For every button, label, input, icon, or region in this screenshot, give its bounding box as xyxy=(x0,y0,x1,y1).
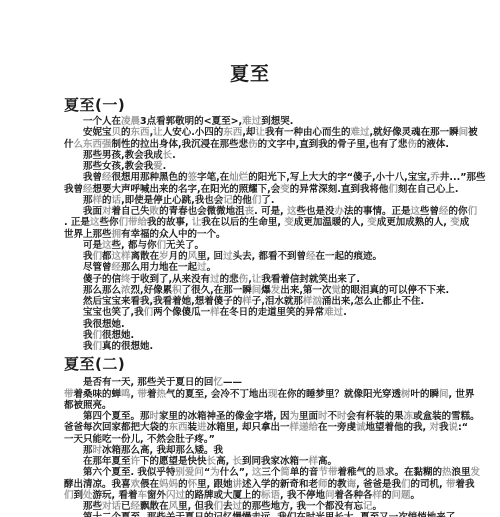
text-segment: 成更加成熟的人, xyxy=(377,217,450,228)
text-segment: 我 xyxy=(83,330,93,341)
text-segment: 人安心.小四的 xyxy=(163,127,224,138)
text-segment: 岁 xyxy=(159,251,169,262)
text-segment: 样 xyxy=(309,456,319,467)
text-segment: 些曾 xyxy=(420,206,439,217)
text-segment: , 爸爸是我 xyxy=(356,479,401,490)
text-segment: 变 xyxy=(450,217,460,228)
text-segment: . 可是, xyxy=(254,206,287,217)
text-segment: 诲 xyxy=(347,479,357,490)
text-segment: 积 xyxy=(172,285,182,296)
text-segment: 难过 xyxy=(324,307,343,318)
text-segment: 处 xyxy=(83,490,93,501)
text-segment: 我很想她. xyxy=(83,319,125,330)
text-line: 什么东西强制性的拉出身体,我沉浸在那些悲伤的文字中,直到我的骨子里,也有了悲伤的… xyxy=(0,139,500,150)
text-line: 都被照亮。 xyxy=(0,400,500,411)
text-segment: 已 xyxy=(121,501,131,512)
text-segment: 的 xyxy=(178,479,188,490)
text-segment: 进 xyxy=(197,422,207,433)
text-segment: 我曾 xyxy=(83,172,102,183)
text-segment: 。 xyxy=(207,262,217,273)
text-segment: 偎在 xyxy=(140,479,159,490)
text-segment: 东西 xyxy=(223,127,242,138)
text-segment: 的司机, xyxy=(411,479,446,490)
text-segment: 冰箱那么高, 我却那么矮。我 xyxy=(102,445,223,456)
text-segment: 这 xyxy=(102,240,112,251)
text-segment: 长 xyxy=(207,456,217,467)
text-segment: 们 xyxy=(401,479,411,490)
text-segment: 成更加温暖的人, xyxy=(294,217,367,228)
text-segment: 车 xyxy=(137,490,147,501)
text-segment: 时 xyxy=(150,411,160,422)
text-segment: 热 xyxy=(157,389,167,400)
text-segment: 们 xyxy=(93,251,103,262)
text-segment: 很想用那种黑色的 xyxy=(112,172,188,183)
text-segment: 真的很想她. xyxy=(102,341,153,352)
text-segment: 窗外 xyxy=(147,490,166,501)
text-segment: 鸣 xyxy=(121,389,131,400)
text-segment: 被 xyxy=(468,127,478,138)
text-segment: 有幸福的众人中的一个。 xyxy=(121,229,226,240)
text-segment: 们 xyxy=(144,307,154,318)
text-segment: 高, xyxy=(216,456,232,467)
text-segment: 时 xyxy=(93,445,103,456)
text-segment: 的 xyxy=(382,490,392,501)
text-segment: ,却 xyxy=(242,127,255,138)
text-segment: 间 xyxy=(252,285,262,296)
text-segment: 这 xyxy=(90,217,100,228)
text-segment: 爸爸每次回家都把大袋的 xyxy=(64,422,169,433)
text-segment: 求。在黏糊的 xyxy=(385,467,442,478)
text-segment: 了. xyxy=(261,195,274,206)
text-line: 一天只能吃一份儿, 不然会肚子疼。” xyxy=(0,434,500,445)
text-segment: 想要大声呼喊出来的名字,在阳光的照耀下,会 xyxy=(93,184,281,195)
text-segment: 样 xyxy=(242,296,252,307)
text-segment: 那些男孩,教会我成 xyxy=(83,150,163,161)
text-segment: 头去, 都看不到曾 xyxy=(233,251,306,262)
text-segment: 怀 xyxy=(188,479,198,490)
text-segment: 浓 xyxy=(121,285,131,296)
text-segment: 在一起的痕迹。 xyxy=(316,251,383,262)
text-line: 酵出清凉。我喜欢偎在妈妈的怀里, 跟她讲述入学的新奇和老师的教诲, 爸爸是我们的… xyxy=(0,479,500,490)
text-segment: 这 xyxy=(411,206,421,217)
text-line: 尽管曾经那么用力地在一起过。 xyxy=(0,262,500,273)
text-segment: . xyxy=(172,150,176,161)
text-segment: 样递给 xyxy=(289,422,318,433)
document-page: 夏至 夏至(一)一个人在凌晨3点看郭敬明的<夏至>,难过到想哭.安妮宝贝的东西,… xyxy=(0,0,500,517)
document-section: 夏至(二)是否有一天, 那些关于夏日的回忆——带着桑味的蝉鸣, 带着热气的夏至,… xyxy=(0,354,500,517)
section-heading: 夏至(二) xyxy=(64,354,500,374)
text-segment: 伤 xyxy=(248,139,258,150)
text-segment: 凌晨 xyxy=(121,116,140,127)
text-segment: 的异常深刻.直到我将他 xyxy=(290,184,389,195)
text-segment: 经 xyxy=(112,262,122,273)
text-segment: 那么那么 xyxy=(83,285,121,296)
document-body: 夏至(一)一个人在凌晨3点看郭敬明的<夏至>,难过到想哭.安妮宝贝的东西,让人安… xyxy=(0,95,500,517)
text-segment: 丧 xyxy=(245,206,255,217)
text-segment: 着稚气的 xyxy=(337,467,375,478)
text-line: 那些对话已经飘散在风里, 但我们去过的那些地方, 我一个都没有忘记。 xyxy=(0,501,500,512)
text-line: 那时冰箱那么高, 我却那么矮。我 xyxy=(0,445,500,456)
text-segment: 的教 xyxy=(328,479,347,490)
text-segment: 间 xyxy=(459,127,469,138)
text-segment: 热 xyxy=(442,467,452,478)
text-segment: 别爱问 xyxy=(175,467,204,478)
text-segment: 灿烂 xyxy=(229,172,248,183)
text-line: 们到处游玩, 看着车窗外闪过的路牌或大厦上的标语, 我不停地问着各种各样的问题。 xyxy=(0,490,500,501)
text-segment: 的 xyxy=(121,127,131,138)
text-segment: 叶的瞬 xyxy=(410,389,439,400)
text-segment: 长 xyxy=(163,150,173,161)
text-segment: 无关了。 xyxy=(166,240,204,251)
text-segment: 世界上那些 xyxy=(64,229,112,240)
text-segment: 的你 xyxy=(449,206,468,217)
text-segment: 那些 xyxy=(83,501,102,512)
text-segment: 很想她. xyxy=(102,330,134,341)
text-segment: 们 xyxy=(93,341,103,352)
text-segment: 难过 xyxy=(350,127,369,138)
text-segment: 3点看郭敬明的<夏至>, xyxy=(140,116,242,127)
text-segment: 我 xyxy=(83,341,93,352)
text-segment: 们带给 xyxy=(118,217,147,228)
text-segment: 然后宝宝来看我,我看着她,想着傻子的 xyxy=(83,296,242,307)
text-line: 我曾经想要大声呼喊出来的名字,在阳光的照耀下,会变的异常深刻.直到我将他们刻在自… xyxy=(0,184,500,195)
text-segment: 三个 xyxy=(261,467,280,478)
text-segment: 的那些地方, 我一个都没有忘 xyxy=(242,501,363,512)
text-segment: 样 xyxy=(93,195,103,206)
text-segment: 爆 xyxy=(261,285,271,296)
text-line: 那些男孩,教会我成长. xyxy=(0,150,500,161)
text-segment: 们 xyxy=(388,184,398,195)
text-segment: 们 xyxy=(156,240,166,251)
text-segment: 经 xyxy=(306,251,316,262)
text-line: 我曾经很想用那种黑色的签字笔,在灿烂的阳光下,写上大大的字“傻子,小十八,宝宝,… xyxy=(0,172,500,183)
text-line: 我们真的很想她. xyxy=(0,341,500,352)
text-segment: 们 xyxy=(468,206,478,217)
text-segment: 我曾 xyxy=(64,184,83,195)
text-segment: 单的音 xyxy=(290,467,319,478)
text-segment: 长 xyxy=(232,456,242,467)
text-segment: 签 xyxy=(188,172,198,183)
text-segment: 的 xyxy=(102,195,112,206)
text-segment: 的路牌或大厦上的 xyxy=(185,490,261,501)
text-line: 可是这些, 都与你们无关了。 xyxy=(0,240,500,251)
text-segment: 酵出清凉。我喜 xyxy=(64,479,131,490)
text-segment: 游玩, 看着 xyxy=(93,490,138,501)
text-segment: 着我 xyxy=(455,479,474,490)
text-segment: , 世界 xyxy=(449,389,475,400)
text-segment: 风 xyxy=(169,501,179,512)
text-segment: 在那年夏至 xyxy=(83,456,131,467)
text-segment: 在一旁虔 xyxy=(318,422,356,433)
text-segment: 飘散在 xyxy=(140,501,169,512)
text-segment: 傻子的信 xyxy=(83,274,121,285)
text-segment: 的液体. xyxy=(417,139,449,150)
text-segment: 去 xyxy=(223,501,233,512)
text-segment: 带 xyxy=(137,389,147,400)
text-segment: 的悲 xyxy=(220,274,239,285)
text-segment: 标语 xyxy=(261,490,280,501)
text-segment: 里, 跟她 xyxy=(197,479,232,490)
text-segment: 风 xyxy=(188,251,198,262)
text-segment: 觉 xyxy=(331,285,341,296)
text-segment: 为 xyxy=(289,411,299,422)
text-segment: 变 xyxy=(280,184,290,195)
text-segment: , 我不停地 xyxy=(280,490,325,501)
text-segment: 法的事情。正是 xyxy=(344,206,411,217)
text-segment: 着桑味的蝉 xyxy=(74,389,122,400)
text-line: 那些女孩,教会我爱. xyxy=(0,161,500,172)
text-segment: 高。 xyxy=(318,456,337,467)
text-segment: 可是 xyxy=(83,240,102,251)
text-segment: 难过 xyxy=(242,116,261,127)
text-segment: 过 xyxy=(197,262,207,273)
text-segment: 那些女孩,教会我 xyxy=(83,161,153,172)
text-segment: 的文字中,直到我的骨子里,也有了悲 xyxy=(258,139,408,150)
text-segment: 讲 xyxy=(233,479,243,490)
text-segment: 发 xyxy=(471,467,481,478)
text-segment: 安妮宝 xyxy=(83,127,112,138)
text-segment: 伤 xyxy=(407,139,417,150)
text-segment: . 正是 xyxy=(64,217,90,228)
text-segment: 涌出来,怎么止都止不住. xyxy=(322,296,424,307)
text-segment: 过 xyxy=(223,251,233,262)
text-segment: 什 xyxy=(64,139,74,150)
text-segment: 时 xyxy=(337,411,347,422)
text-line: 宝宝也笑了,我们两个像傻瓜一样在冬日的走道里笑的异常难过. xyxy=(0,307,500,318)
text-segment: 让 xyxy=(192,217,202,228)
text-segment: 对 xyxy=(102,206,112,217)
text-segment: 下的愿望是快快 xyxy=(140,456,207,467)
text-segment: 字笔,在 xyxy=(197,172,229,183)
text-segment: 节带 xyxy=(318,467,337,478)
text-segment: 的眼泪真的可以停不下来. xyxy=(341,285,449,296)
text-segment: 对 xyxy=(429,422,439,433)
document-title: 夏至 xyxy=(0,62,500,86)
text-segment: 经 xyxy=(102,172,112,183)
text-segment: 让 xyxy=(255,127,265,138)
text-line: 傻子的信终于收到了,从来没有过的悲伤,让我看着信封就笑出来了. xyxy=(0,274,500,285)
text-segment: 诚 xyxy=(356,422,366,433)
text-segment: 们 xyxy=(64,490,74,501)
text-segment: 让 xyxy=(153,127,163,138)
text-segment: 。 xyxy=(411,490,421,501)
text-segment: 欢 xyxy=(131,479,141,490)
text-segment: 冻 xyxy=(404,411,414,422)
text-line: 那么那么浓烈,好像累积了很久,在那一瞬间爆发出来,第一次觉的眼泪真的可以停不下来… xyxy=(0,285,500,296)
text-segment: 都被照亮。 xyxy=(64,400,112,411)
text-line: 在那年夏至许下的愿望是快快长高, 长到同我家冰箱一样高。 xyxy=(0,456,500,467)
text-segment: 师 xyxy=(318,479,328,490)
text-segment: 那么用力地在一起 xyxy=(121,262,197,273)
text-segment: 两个像傻瓜一 xyxy=(153,307,210,318)
text-segment: 会有杯装的果 xyxy=(347,411,404,422)
text-segment: 些也是没 xyxy=(296,206,334,217)
document-section: 夏至(一)一个人在凌晨3点看郭敬明的<夏至>,难过到想哭.安妮宝贝的东西,让人安… xyxy=(0,95,500,352)
text-segment: 些你 xyxy=(99,217,118,228)
text-segment: 都 xyxy=(102,251,112,262)
text-segment: 第六个夏至. 我似乎特 xyxy=(83,467,175,478)
text-segment: 出来,第一次 xyxy=(280,285,331,296)
text-segment: 刻在自己心上. xyxy=(398,184,459,195)
text-segment: 时 xyxy=(318,411,328,422)
text-segment: 。 xyxy=(373,501,383,512)
text-segment: 我看着信封就笑出来了. xyxy=(261,274,360,285)
text-line: 我面对着自己失败的青春也会微微地沮丧. 可是, 这些也是没办法的事情。正是这些曾… xyxy=(0,206,500,217)
text-segment: 拥 xyxy=(112,229,122,240)
text-segment: 些, 都与你 xyxy=(112,240,157,251)
text-segment: 问题 xyxy=(392,490,411,501)
text-segment: 到想哭. xyxy=(261,116,293,127)
text-segment: 恳 xyxy=(375,467,385,478)
text-segment: 我 xyxy=(83,251,93,262)
text-segment: 我面 xyxy=(83,206,102,217)
text-segment: 的阳光下,写上大大的字“傻子,小十八,宝宝, xyxy=(248,172,430,183)
text-segment: 里面 xyxy=(299,411,318,422)
text-segment: 样汹 xyxy=(303,296,322,307)
text-line: 第四个夏至。那时家里的冰箱神圣的像金字塔, 因为里面时不时会有杯装的果冻或盒装的… xyxy=(0,411,500,422)
text-line: . 正是这些你们带给我的故事, 让我在以后的生命里, 变成更加温暖的人, 变成更… xyxy=(0,217,500,228)
text-segment: ,即使是停止心跳,我也会 xyxy=(121,195,223,206)
text-segment: 那 xyxy=(83,195,93,206)
text-line: 一个人在凌晨3点看郭敬明的<夏至>,难过到想哭. xyxy=(0,116,500,127)
text-segment: 着自己失 xyxy=(112,206,150,217)
text-segment: 是否有一天, 那些关于夏日的回 xyxy=(83,377,213,388)
text-line: 安妮宝贝的东西,让人安心.小四的东西,却让我有一种由心而生的难过,就好像灵魂在那… xyxy=(0,127,500,138)
text-segment: —— xyxy=(223,377,242,388)
text-segment: 着 xyxy=(147,389,157,400)
text-line: 我们都这样离散在岁月的风里, 回过头去, 都看不到曾经在一起的痕迹。 xyxy=(0,251,500,262)
text-segment: 不 xyxy=(328,411,338,422)
text-segment: 贝 xyxy=(112,127,122,138)
text-segment: 说 xyxy=(448,422,458,433)
text-segment: 着各种各 xyxy=(334,490,372,501)
text-segment: :“ xyxy=(458,422,468,433)
text-segment: 里, 回 xyxy=(197,251,223,262)
text-segment: 乔 xyxy=(430,172,440,183)
text-segment: 尽管曾 xyxy=(83,262,112,273)
text-segment: 到同我家冰箱一 xyxy=(242,456,309,467)
text-segment: 于收到了,从来没有 xyxy=(131,274,211,285)
text-segment: 忆 xyxy=(213,377,223,388)
text-segment: 话 xyxy=(112,195,122,206)
text-segment: 发 xyxy=(271,285,281,296)
text-segment: 带 xyxy=(64,389,74,400)
text-line: 然后宝宝来看我,我看着她,想着傻子的样子,泪水就那样汹涌出来,怎么止都止不住. xyxy=(0,296,500,307)
text-segment: 里, 但我 xyxy=(178,501,213,512)
text-line: 我们很想她. xyxy=(0,330,500,341)
text-segment: 一个人在 xyxy=(83,116,121,127)
text-segment: 间 xyxy=(439,389,449,400)
text-segment: 或盒装的雪糕。 xyxy=(413,411,480,422)
text-segment: 什么”, xyxy=(220,467,252,478)
text-segment: 家里的冰箱神圣的像金字塔, 因 xyxy=(159,411,289,422)
text-segment: 败 xyxy=(150,206,160,217)
text-segment: 装 xyxy=(188,422,198,433)
text-segment: 的青春也会微微地沮 xyxy=(159,206,245,217)
text-segment: 到 xyxy=(74,490,84,501)
text-segment: 伤 xyxy=(239,274,249,285)
text-segment: 许 xyxy=(131,456,141,467)
text-segment: 了很久,在那一瞬 xyxy=(182,285,252,296)
text-segment: 这样 xyxy=(112,251,131,262)
text-segment: 记 xyxy=(363,501,373,512)
text-segment: 让 xyxy=(252,274,262,285)
text-segment: 闪过 xyxy=(166,490,185,501)
text-line: 带着桑味的蝉鸣, 带着热气的夏至, 会冷不丁地出现在你的睡梦里？就像阳光穿透树叶… xyxy=(0,389,500,400)
text-segment: 冰箱里, 却只拿出一 xyxy=(207,422,290,433)
text-segment: 记 xyxy=(223,195,233,206)
text-segment: 月的 xyxy=(169,251,188,262)
text-segment: 终 xyxy=(121,274,131,285)
text-segment: 们 xyxy=(214,501,224,512)
text-segment: 么东西强 xyxy=(74,139,112,150)
text-segment: 宝宝也笑了,我 xyxy=(83,307,144,318)
text-segment: 样 xyxy=(373,490,383,501)
text-segment: 第四个夏至。那 xyxy=(83,411,150,422)
text-segment: 变 xyxy=(284,217,294,228)
text-segment: 爱 xyxy=(153,161,163,172)
text-segment: 的他 xyxy=(233,195,252,206)
text-line: 我很想她. xyxy=(0,319,500,330)
text-segment: 为 xyxy=(210,467,220,478)
text-segment: . xyxy=(343,307,347,318)
text-segment: 这 xyxy=(252,467,262,478)
text-segment: 经 xyxy=(83,184,93,195)
text-segment: ,就好像灵魂在那一瞬 xyxy=(369,127,458,138)
text-segment: 我的故事, xyxy=(147,217,192,228)
text-segment: 在你的睡梦里？就像阳光穿透 xyxy=(277,389,401,400)
text-segment: 们 xyxy=(252,195,262,206)
text-segment: 们 xyxy=(93,330,103,341)
text-line: 是否有一天, 那些关于夏日的回忆—— xyxy=(0,377,500,388)
text-line: 第十二个夏至, 那些关于夏日的记忆慢慢走远, 我们在时光里长大, 夏至又一次悄悄… xyxy=(0,512,500,517)
section-heading: 夏至(一) xyxy=(64,95,500,115)
text-segment: 对话 xyxy=(102,501,121,512)
text-segment: 成 xyxy=(460,217,470,228)
text-segment: 简 xyxy=(280,467,290,478)
text-segment: 一天只能吃一份儿, 不然会肚子疼。” xyxy=(64,434,215,445)
text-segment: 井...”那些 xyxy=(440,172,486,183)
text-segment: 子,泪水就那 xyxy=(252,296,303,307)
text-segment: 东西 xyxy=(169,422,188,433)
text-line: 爸爸每次回家都把大袋的东西装进冰箱里, 却只拿出一样递给在一旁虔诚地望着他的我,… xyxy=(0,422,500,433)
text-segment: 第十二个夏至, 那些关于夏日的记忆慢慢走远, 我们在时光里长大, 夏至又一次悄悄… xyxy=(83,512,465,517)
text-segment: 经 xyxy=(439,206,449,217)
text-segment: 经 xyxy=(131,501,141,512)
text-segment: 地望着他的我, xyxy=(366,422,430,433)
text-segment: 妈妈 xyxy=(159,479,178,490)
text-segment: 过 xyxy=(233,501,243,512)
text-line: 那样的话,即使是停止心跳,我也会记的他们了. xyxy=(0,195,500,206)
text-segment: 我有一种由心而生的 xyxy=(265,127,351,138)
text-segment: 述入学的新奇和老 xyxy=(242,479,318,490)
text-segment: 东西 xyxy=(131,127,150,138)
text-segment: . xyxy=(163,161,167,172)
text-segment: 气的夏至, 会冷不丁地出 xyxy=(166,389,268,400)
text-segment: 我在以后的生命里, xyxy=(201,217,284,228)
text-line: 第六个夏至. 我似乎特别爱问“为什么”, 这三个简单的音节带着稚气的恳求。在黏糊… xyxy=(0,467,500,478)
text-line: 世界上那些拥有幸福的众人中的一个。 xyxy=(0,229,500,240)
text-segment: 烈,好像累 xyxy=(131,285,173,296)
text-segment: 办 xyxy=(334,206,344,217)
text-segment: 制性的拉出身体,我沉浸在那些悲 xyxy=(112,139,249,150)
text-segment: 浪里 xyxy=(452,467,471,478)
text-segment: 那 xyxy=(83,445,93,456)
text-segment: 在冬日的走道里笑的异常 xyxy=(220,307,325,318)
text-segment: 过 xyxy=(210,274,220,285)
text-segment: 离散在 xyxy=(131,251,160,262)
text-segment: 样 xyxy=(210,307,220,318)
